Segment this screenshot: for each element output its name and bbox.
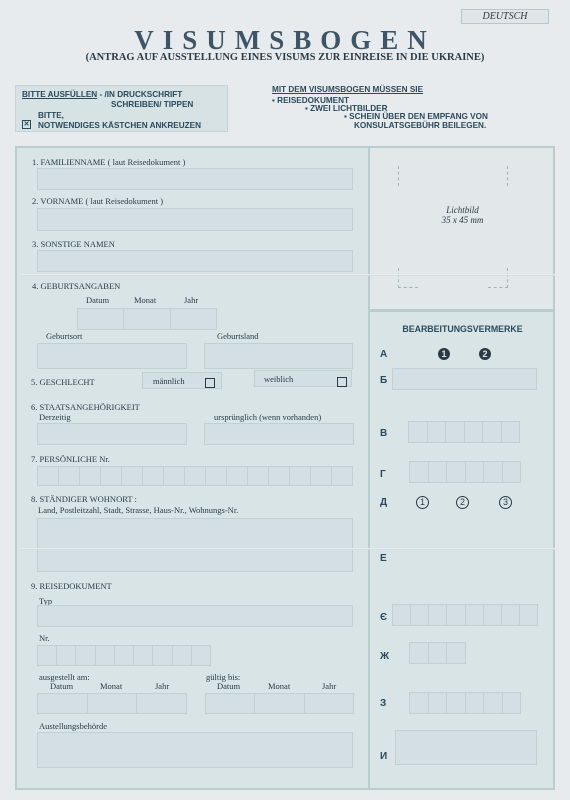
- option-1-outline-icon: 1: [416, 496, 429, 509]
- fill-in-instruction: BITTE AUSFÜLLEN: [22, 90, 97, 99]
- authority-input[interactable]: [37, 732, 353, 768]
- photo-corner-mark: [398, 268, 418, 288]
- family-name-input[interactable]: [37, 168, 353, 190]
- current-citizenship-input[interactable]: [37, 423, 187, 445]
- row-d-label: Д: [380, 497, 387, 508]
- female-label: weiblich: [264, 374, 293, 384]
- document-number-label: Nr.: [39, 633, 50, 643]
- personal-number-cell[interactable]: [269, 467, 290, 485]
- personal-number-cell[interactable]: [185, 467, 206, 485]
- birth-country-input[interactable]: [204, 343, 353, 369]
- birth-country-label: Geburtsland: [217, 331, 259, 341]
- residence-sublabel: Land, Postleitzahl, Stadt, Strasse, Haus…: [38, 505, 238, 515]
- personal-number-label: 7. PERSÖNLICHE Nr.: [31, 454, 110, 464]
- male-checkbox[interactable]: [205, 378, 215, 388]
- document-number-cell[interactable]: [38, 646, 57, 665]
- issued-day-label: Datum: [50, 681, 73, 691]
- current-citizenship-label: Derzeitig: [39, 412, 71, 422]
- personal-number-cell[interactable]: [332, 467, 352, 485]
- row-v-cells: [408, 421, 520, 443]
- paper-crease: [20, 274, 555, 276]
- birth-day-cell[interactable]: [78, 309, 124, 329]
- birth-year-cell[interactable]: [171, 309, 216, 329]
- birth-day-label: Datum: [86, 295, 109, 305]
- option-2-outline-icon: 2: [456, 496, 469, 509]
- birth-date-input[interactable]: [77, 308, 217, 330]
- row-i-field: [395, 730, 537, 765]
- personal-number-cell[interactable]: [101, 467, 122, 485]
- residence-label: 8. STÄNDIGER WOHNORT :: [31, 494, 137, 504]
- issued-month-cell[interactable]: [88, 694, 138, 713]
- photo-size: 35 x 45 mm: [370, 215, 555, 225]
- document-number-cell[interactable]: [115, 646, 134, 665]
- authority-label: Austellungsbehörde: [39, 721, 107, 731]
- processing-title: BEARBEITUNGSVERMERKE: [370, 324, 555, 334]
- male-label: männlich: [153, 376, 185, 386]
- personal-number-cell[interactable]: [143, 467, 164, 485]
- document-number-cell[interactable]: [96, 646, 115, 665]
- row-zh-label: Ж: [380, 651, 389, 662]
- row-ye-label: Є: [380, 612, 387, 623]
- birth-month-label: Monat: [134, 295, 156, 305]
- issued-year-cell[interactable]: [137, 694, 186, 713]
- row-g-label: Г: [380, 469, 386, 480]
- option-1-icon: 1: [438, 348, 450, 360]
- document-number-cell[interactable]: [76, 646, 95, 665]
- family-name-label: 1. FAMILIENNAME ( laut Reisedokument ): [32, 157, 185, 167]
- valid-year-cell[interactable]: [305, 694, 353, 713]
- birth-place-label: Geburtsort: [46, 331, 82, 341]
- option-3-outline-icon: 3: [499, 496, 512, 509]
- first-name-input[interactable]: [37, 208, 353, 231]
- requirement-item: KONSULATSGEBÜHR BEILEGEN.: [354, 121, 486, 130]
- row-z-label: З: [380, 698, 386, 709]
- requirements-heading: MIT DEM VISUMSBOGEN MÜSSEN SIE: [272, 85, 423, 94]
- personal-number-cell[interactable]: [290, 467, 311, 485]
- option-2-icon: 2: [479, 348, 491, 360]
- valid-month-label: Monat: [268, 681, 290, 691]
- row-a-label: А: [380, 349, 387, 360]
- personal-number-cell[interactable]: [206, 467, 227, 485]
- valid-day-label: Datum: [217, 681, 240, 691]
- row-v-label: В: [380, 428, 387, 439]
- sex-label: 5. GESCHLECHT: [31, 377, 95, 387]
- check-instruction-line1: BITTE,: [38, 111, 64, 120]
- row-g-cells: [409, 461, 521, 483]
- travel-document-label: 9. REISEDOKUMENT: [31, 581, 112, 591]
- document-number-cell[interactable]: [134, 646, 153, 665]
- row-b-label: Б: [380, 375, 387, 386]
- instructions-box: BITTE AUSFÜLLEN - /IN DRUCKSCHRIFT SCHRE…: [15, 85, 228, 132]
- issued-date-input[interactable]: [37, 693, 187, 714]
- row-z-cells: [409, 692, 521, 714]
- original-citizenship-label: ursprünglich (wenn vorhanden): [214, 412, 321, 422]
- valid-year-label: Jahr: [322, 681, 336, 691]
- personal-number-cell[interactable]: [59, 467, 80, 485]
- row-zh-cells: [409, 642, 466, 664]
- first-name-label: 2. VORNAME ( laut Reisedokument ): [32, 196, 163, 206]
- document-number-cell[interactable]: [192, 646, 210, 665]
- checked-box-icon: ✕: [22, 120, 31, 129]
- valid-day-cell[interactable]: [206, 694, 255, 713]
- fill-in-instruction-cont: - /IN DRUCKSCHRIFT: [97, 90, 182, 99]
- birth-month-cell[interactable]: [124, 309, 170, 329]
- row-ye-cells: [392, 604, 538, 626]
- birth-place-input[interactable]: [37, 343, 187, 369]
- issued-day-cell[interactable]: [38, 694, 88, 713]
- birth-data-label: 4. GEBURTSANGABEN: [32, 281, 120, 291]
- paper-crease: [20, 548, 555, 550]
- valid-month-cell[interactable]: [255, 694, 304, 713]
- personal-number-cell[interactable]: [164, 467, 185, 485]
- photo-corner-mark: [398, 166, 399, 186]
- document-number-cell[interactable]: [153, 646, 172, 665]
- valid-date-input[interactable]: [205, 693, 354, 714]
- female-checkbox[interactable]: [337, 377, 347, 387]
- document-type-input[interactable]: [37, 605, 353, 627]
- photo-label: Lichtbild 35 x 45 mm: [370, 205, 555, 225]
- issued-year-label: Jahr: [155, 681, 169, 691]
- row-e-label: Е: [380, 553, 387, 564]
- form-subtitle: (ANTRAG AUF AUSSTELLUNG EINES VISUMS ZUR…: [0, 52, 570, 63]
- document-number-input[interactable]: [37, 645, 211, 666]
- fill-in-instruction-line2: SCHREIBEN/ TIPPEN: [111, 100, 193, 109]
- citizenship-label: 6. STAATSANGEHÖRIGKEIT: [31, 402, 140, 412]
- row-b-field: [392, 368, 537, 390]
- requirement-item: ▪ SCHEIN ÜBER DEN EMPFANG VON: [344, 112, 488, 121]
- row-i-label: И: [380, 751, 387, 762]
- original-citizenship-input[interactable]: [204, 423, 354, 445]
- photo-corner-mark: [488, 268, 508, 288]
- personal-number-cell[interactable]: [80, 467, 101, 485]
- personal-number-cell[interactable]: [311, 467, 332, 485]
- issued-month-label: Monat: [100, 681, 122, 691]
- residence-input[interactable]: [37, 518, 353, 572]
- other-names-input[interactable]: [37, 250, 353, 272]
- document-number-cell[interactable]: [173, 646, 192, 665]
- photo-corner-mark: [507, 166, 508, 186]
- personal-number-cell[interactable]: [122, 467, 143, 485]
- check-instruction-line2: NOTWENDIGES KÄSTCHEN ANKREUZEN: [38, 121, 201, 130]
- other-names-label: 3. SONSTIGE NAMEN: [32, 239, 115, 249]
- personal-number-input[interactable]: [37, 466, 353, 486]
- birth-year-label: Jahr: [184, 295, 198, 305]
- document-number-cell[interactable]: [57, 646, 76, 665]
- personal-number-cell[interactable]: [248, 467, 269, 485]
- personal-number-cell[interactable]: [227, 467, 248, 485]
- personal-number-cell[interactable]: [38, 467, 59, 485]
- language-label: DEUTSCH: [461, 9, 549, 24]
